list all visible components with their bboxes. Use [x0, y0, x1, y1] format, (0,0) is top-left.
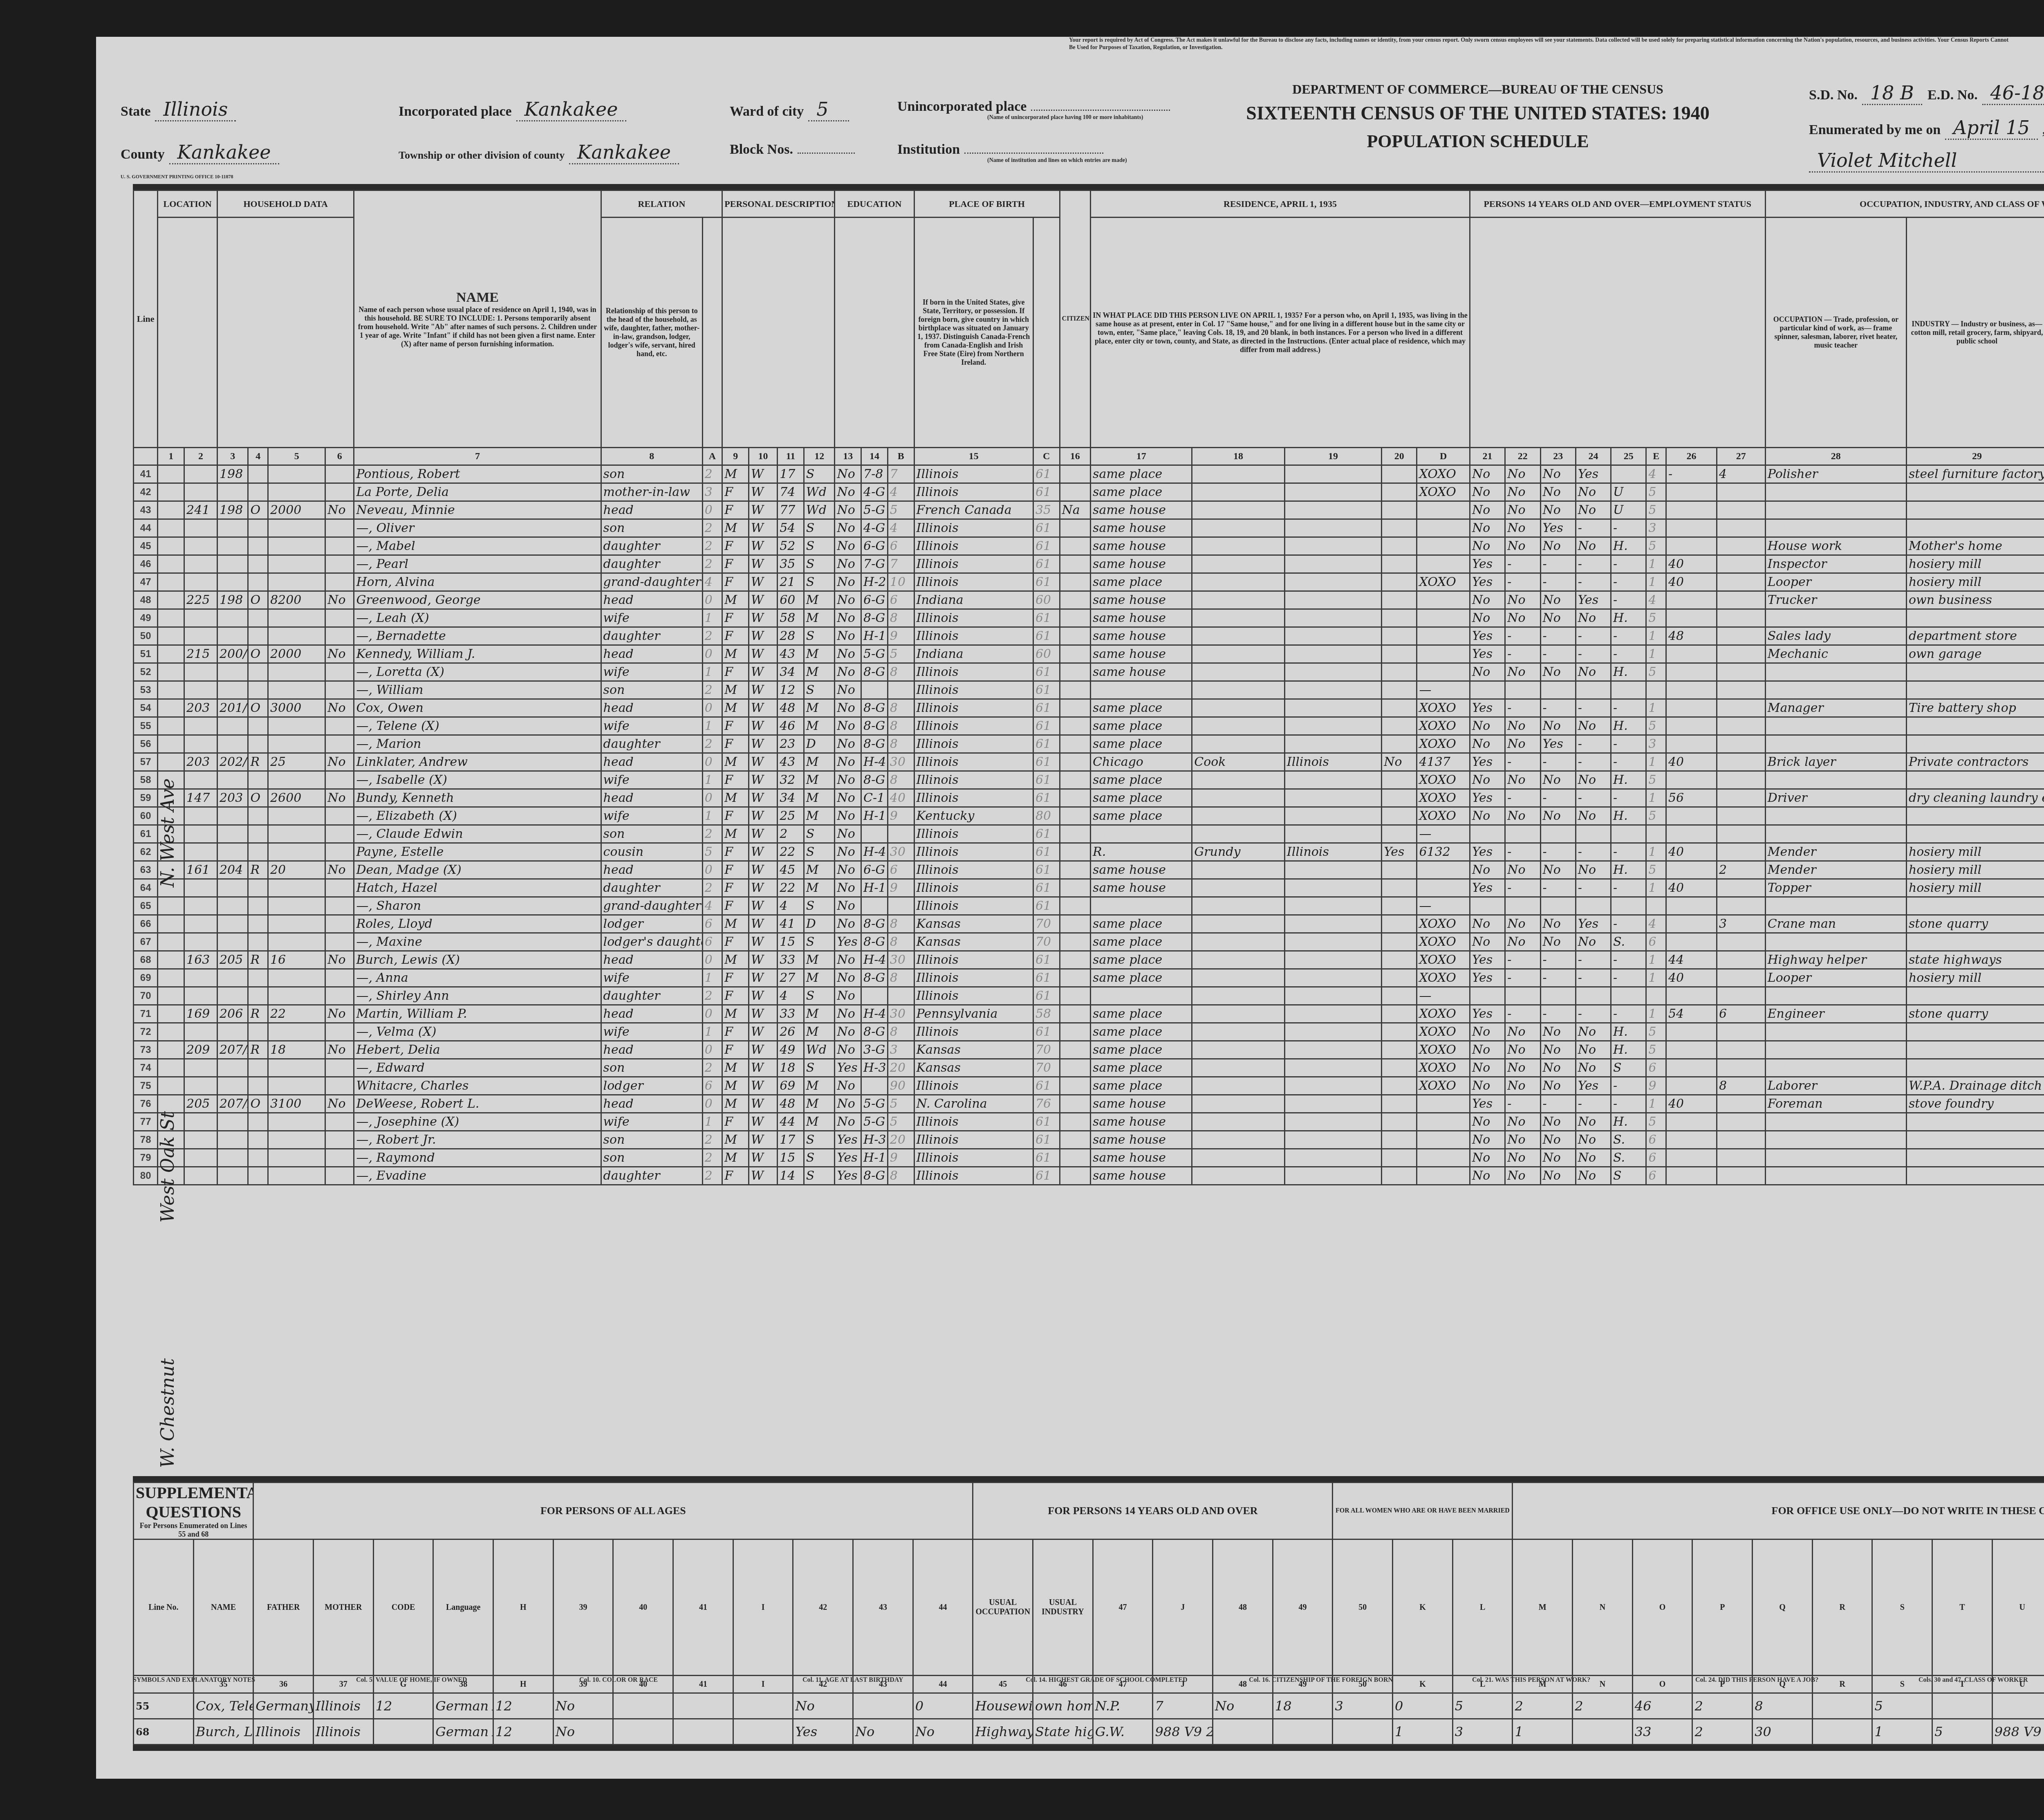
cell-res_state: Illinois	[1284, 753, 1381, 771]
cell-farm	[325, 609, 354, 627]
cell-c27	[1717, 627, 1766, 645]
cell-occupation: Foreman	[1765, 1095, 1906, 1113]
cell-race: W	[749, 789, 778, 807]
table-row: 50—, Bernadettedaughter2FW28SNoH-19Illin…	[134, 627, 2044, 645]
line-number: 79	[134, 1149, 158, 1167]
cell-school: No	[835, 591, 861, 609]
cell-res_city: same house	[1091, 555, 1192, 573]
cell-cit	[1060, 645, 1091, 663]
cell-res_city: same house	[1091, 519, 1192, 537]
cell-industry: hosiery mill	[1906, 573, 2044, 591]
cell-cit	[1060, 951, 1091, 969]
cell-d: XOXO	[1417, 1077, 1470, 1095]
cell-c22: -	[1505, 645, 1540, 663]
cell-e: 1	[1646, 699, 1666, 717]
cell-c21: No	[1470, 771, 1505, 789]
cell-b: 6	[888, 591, 914, 609]
cell-value	[268, 897, 325, 915]
cell-c26	[1666, 771, 1717, 789]
supp-col-header: J	[1153, 1539, 1213, 1676]
cell-res_state	[1284, 681, 1381, 699]
cell-name: —, Bernadette	[354, 627, 601, 645]
cell-occupation	[1765, 771, 1906, 789]
cell-farm	[325, 537, 354, 555]
cell-a: 0	[702, 699, 722, 717]
cell-birthplace: Illinois	[914, 717, 1033, 735]
table-row: 47Horn, Alvinagrand-daughter4FW21SNoH-21…	[134, 573, 2044, 591]
cell-a: 6	[702, 1077, 722, 1095]
cell-res_farm	[1382, 717, 1417, 735]
cell-own: R	[248, 1041, 268, 1059]
cell-school: No	[835, 969, 861, 987]
cell-marital: M	[804, 807, 835, 825]
cell-farm	[325, 807, 354, 825]
census-title: SIXTEENTH CENSUS OF THE UNITED STATES: 1…	[1233, 102, 1723, 124]
cell-birthplace: Illinois	[914, 1113, 1033, 1131]
cell-street	[158, 915, 184, 933]
supp-col-header: 43	[853, 1539, 913, 1676]
cell-farm	[325, 1059, 354, 1077]
cell-own	[248, 519, 268, 537]
cell-value	[268, 573, 325, 591]
cell-industry: Mother's home	[1906, 537, 2044, 555]
cell-street	[158, 537, 184, 555]
cell-c23: -	[1540, 573, 1576, 591]
cell-birthplace: Illinois	[914, 825, 1033, 843]
cell-c23: No	[1540, 609, 1576, 627]
cell-c22: -	[1505, 555, 1540, 573]
cell-res_city	[1091, 987, 1192, 1005]
cell-res_farm	[1382, 1131, 1417, 1149]
cell-a: 3	[702, 483, 722, 501]
cell-own	[248, 825, 268, 843]
cell-e: 4	[1646, 915, 1666, 933]
cell-c25: -	[1611, 627, 1646, 645]
cell-grade: H-1	[861, 879, 888, 897]
cell-relation: daughter	[601, 627, 702, 645]
cell-value: 22	[268, 1005, 325, 1023]
cell-c23: No	[1540, 1059, 1576, 1077]
cell-res_city	[1091, 681, 1192, 699]
cell-c25: S	[1611, 1167, 1646, 1185]
cell-race: W	[749, 1059, 778, 1077]
cell-c26: 40	[1666, 879, 1717, 897]
column-number: 17	[1091, 448, 1192, 465]
cell-marital: M	[804, 699, 835, 717]
cell-res_city: same place	[1091, 1023, 1192, 1041]
table-row: 63161204R20NoDean, Madge (X)head0FW45MNo…	[134, 861, 2044, 879]
cell-occupation: Laborer	[1765, 1077, 1906, 1095]
cell-res_state	[1284, 1059, 1381, 1077]
cell-res_city: same house	[1091, 645, 1192, 663]
cell-house	[184, 483, 217, 501]
cell-relation: grand-daughter	[601, 897, 702, 915]
cell-name: —, Marion	[354, 735, 601, 753]
cell-res_city: same place	[1091, 465, 1192, 483]
cell-res_county	[1192, 861, 1285, 879]
cell-race: W	[749, 1095, 778, 1113]
cell-res_city: same house	[1091, 1113, 1192, 1131]
cell-industry	[1906, 1131, 2044, 1149]
cell-occupation: Trucker	[1765, 591, 1906, 609]
cell-c26	[1666, 807, 1717, 825]
cell-c23: No	[1540, 465, 1576, 483]
cell-school: No	[835, 879, 861, 897]
cell-b: 8	[888, 1023, 914, 1041]
cell-birthplace: Illinois	[914, 969, 1033, 987]
line-number: 54	[134, 699, 158, 717]
cell-industry	[1906, 1167, 2044, 1185]
cell-c25	[1611, 987, 1646, 1005]
cell-marital: M	[804, 645, 835, 663]
street-label-chestnut: W. Chestnut	[157, 1358, 178, 1468]
cell-house	[184, 609, 217, 627]
cell-e: 6	[1646, 1167, 1666, 1185]
cell-age: 60	[778, 591, 804, 609]
column-number: E	[1646, 448, 1666, 465]
cell-occupation: Driver	[1765, 789, 1906, 807]
cell-cit	[1060, 771, 1091, 789]
cell-c26: 40	[1666, 843, 1717, 861]
cell-c23: No	[1540, 1113, 1576, 1131]
cell-res_city: same place	[1091, 1041, 1192, 1059]
cell-res_city	[1091, 897, 1192, 915]
cell-c24: No	[1576, 933, 1611, 951]
cell-sex: M	[722, 789, 749, 807]
cell-res_city: R.	[1091, 843, 1192, 861]
cell-c26: 40	[1666, 1095, 1717, 1113]
cell-value: 2000	[268, 501, 325, 519]
cell-industry: stove foundry	[1906, 1095, 2044, 1113]
cell-race: W	[749, 951, 778, 969]
cell-e: 9	[1646, 1077, 1666, 1095]
cell-school: No	[835, 699, 861, 717]
cell-res_state	[1284, 663, 1381, 681]
cell-industry	[1906, 933, 2044, 951]
cell-c23: No	[1540, 933, 1576, 951]
cell-res_county	[1192, 1077, 1285, 1095]
line-number: 46	[134, 555, 158, 573]
cell-c24: -	[1576, 735, 1611, 753]
cell-cit	[1060, 1167, 1091, 1185]
cell-res_state	[1284, 735, 1381, 753]
cell-res_city: same place	[1091, 969, 1192, 987]
cell-age: 45	[778, 861, 804, 879]
cell-c25: -	[1611, 573, 1646, 591]
cell-c26	[1666, 1059, 1717, 1077]
over14-header: FOR PERSONS 14 YEARS OLD AND OVER	[973, 1483, 1333, 1539]
cell-e: 1	[1646, 1005, 1666, 1023]
cell-name: —, Telene (X)	[354, 717, 601, 735]
cell-c: 61	[1033, 987, 1060, 1005]
cell-relation: head	[601, 1005, 702, 1023]
cell-a: 1	[702, 609, 722, 627]
cell-value: 8200	[268, 591, 325, 609]
cell-race: W	[749, 717, 778, 735]
cell-b: 8	[888, 915, 914, 933]
cell-relation: daughter	[601, 537, 702, 555]
cell-name: Hatch, Hazel	[354, 879, 601, 897]
cell-own: O	[248, 699, 268, 717]
household-group-header: HOUSEHOLD DATA	[217, 191, 354, 218]
cell-c27	[1717, 645, 1766, 663]
cell-grade: H-1	[861, 807, 888, 825]
cell-farm	[325, 879, 354, 897]
cell-c24: -	[1576, 1095, 1611, 1113]
cell-birthplace: Illinois	[914, 987, 1033, 1005]
cell-a: 2	[702, 825, 722, 843]
cell-c27	[1717, 843, 1766, 861]
cell-res_city: same place	[1091, 933, 1192, 951]
cell-occupation	[1765, 1149, 1906, 1167]
cell-c: 70	[1033, 1059, 1060, 1077]
cell-visit	[217, 1167, 248, 1185]
cell-farm	[325, 681, 354, 699]
cell-sex: M	[722, 1005, 749, 1023]
cell-c25: -	[1611, 1077, 1646, 1095]
cell-res_county	[1192, 1059, 1285, 1077]
cell-c22: No	[1505, 1149, 1540, 1167]
cell-house	[184, 1131, 217, 1149]
cell-res_city: same house	[1091, 879, 1192, 897]
cell-industry: own business	[1906, 591, 2044, 609]
cell-race: W	[749, 1041, 778, 1059]
cell-occupation: Manager	[1765, 699, 1906, 717]
cell-c24: -	[1576, 1005, 1611, 1023]
line-number: 71	[134, 1005, 158, 1023]
cell-name: —, Edward	[354, 1059, 601, 1077]
cell-c26	[1666, 519, 1717, 537]
supp-col-header: FATHER	[253, 1539, 314, 1676]
cell-age: 14	[778, 1167, 804, 1185]
table-row: 54203201/199O3000NoCox, Owenhead0MW48MNo…	[134, 699, 2044, 717]
cell-c25: -	[1611, 951, 1646, 969]
cell-school: No	[835, 519, 861, 537]
column-number: 10	[749, 448, 778, 465]
cell-sex: F	[722, 897, 749, 915]
cell-d: XOXO	[1417, 1041, 1470, 1059]
cell-industry	[1906, 1041, 2044, 1059]
cell-c23: No	[1540, 1077, 1576, 1095]
cell-sex: F	[722, 861, 749, 879]
cell-value	[268, 555, 325, 573]
cell-b: 30	[888, 1005, 914, 1023]
cell-res_county	[1192, 897, 1285, 915]
cell-c: 76	[1033, 1095, 1060, 1113]
cell-grade	[861, 681, 888, 699]
cell-res_county	[1192, 1041, 1285, 1059]
cell-sex: M	[722, 465, 749, 483]
cell-industry	[1906, 501, 2044, 519]
cell-c22: No	[1505, 1131, 1540, 1149]
cell-house	[184, 663, 217, 681]
cell-farm: No	[325, 1005, 354, 1023]
cell-c22: No	[1505, 663, 1540, 681]
cell-d: XOXO	[1417, 1005, 1470, 1023]
cell-cit	[1060, 1149, 1091, 1167]
cell-farm	[325, 519, 354, 537]
cell-visit: 206	[217, 1005, 248, 1023]
cell-c21: Yes	[1470, 879, 1505, 897]
cell-e: 1	[1646, 645, 1666, 663]
supp-col-header: M	[1513, 1539, 1573, 1676]
cell-race: W	[749, 807, 778, 825]
cell-c23: No	[1540, 1131, 1576, 1149]
cell-own	[248, 933, 268, 951]
cell-own: R	[248, 861, 268, 879]
table-row: 70—, Shirley Anndaughter2FW4SNoIllinois6…	[134, 987, 2044, 1005]
supp-col-header: 42	[793, 1539, 853, 1676]
cell-b: 8	[888, 699, 914, 717]
cell-occupation	[1765, 933, 1906, 951]
cell-street	[158, 987, 184, 1005]
line-number: 57	[134, 753, 158, 771]
line-number: 62	[134, 843, 158, 861]
sd-field: S.D. No. 18 B	[1809, 82, 1922, 105]
cell-industry	[1906, 483, 2044, 501]
cell-c26	[1666, 1113, 1717, 1131]
cell-value	[268, 1131, 325, 1149]
cell-c21: No	[1470, 501, 1505, 519]
cell-occupation: Brick layer	[1765, 753, 1906, 771]
cell-grade: 5-G	[861, 1113, 888, 1131]
cell-marital: M	[804, 717, 835, 735]
cell-sex: F	[722, 483, 749, 501]
cell-race: W	[749, 1005, 778, 1023]
cell-street	[158, 951, 184, 969]
cell-c24: No	[1576, 1059, 1611, 1077]
cell-c21: Yes	[1470, 753, 1505, 771]
cell-occupation	[1765, 1059, 1906, 1077]
cell-school: No	[835, 843, 861, 861]
cell-age: 12	[778, 681, 804, 699]
cell-res_county	[1192, 609, 1285, 627]
cell-visit	[217, 1149, 248, 1167]
cell-farm: No	[325, 1095, 354, 1113]
cell-c22: No	[1505, 1059, 1540, 1077]
cell-c24: -	[1576, 951, 1611, 969]
cell-res_farm	[1382, 771, 1417, 789]
cell-c23	[1540, 681, 1576, 699]
cell-cit	[1060, 807, 1091, 825]
cell-cit: Na	[1060, 501, 1091, 519]
cell-res_county	[1192, 681, 1285, 699]
cell-a: 0	[702, 591, 722, 609]
cell-school: No	[835, 807, 861, 825]
cell-e: 6	[1646, 1059, 1666, 1077]
cell-d	[1417, 1167, 1470, 1185]
cell-visit: 198	[217, 591, 248, 609]
cell-sex: F	[722, 987, 749, 1005]
cell-age: 41	[778, 915, 804, 933]
cell-visit: 202/199	[217, 753, 248, 771]
cell-c27	[1717, 1167, 1766, 1185]
cell-visit	[217, 555, 248, 573]
line-number: 73	[134, 1041, 158, 1059]
cell-visit	[217, 1131, 248, 1149]
cell-b: 9	[888, 627, 914, 645]
cell-cit	[1060, 1113, 1091, 1131]
cell-c25: H.	[1611, 1113, 1646, 1131]
cell-c24: No	[1576, 861, 1611, 879]
cell-res_state	[1284, 699, 1381, 717]
table-row: 61—, Claude Edwinson2MW2SNoIllinois61—61	[134, 825, 2044, 843]
cell-birthplace: Illinois	[914, 483, 1033, 501]
cell-res_state	[1284, 933, 1381, 951]
cell-c21: No	[1470, 717, 1505, 735]
cell-house: 147	[184, 789, 217, 807]
table-row: 76205207/208O3100NoDeWeese, Robert L.hea…	[134, 1095, 2044, 1113]
cell-c24: No	[1576, 1041, 1611, 1059]
cell-relation: daughter	[601, 987, 702, 1005]
cell-c: 61	[1033, 555, 1060, 573]
cell-own	[248, 1113, 268, 1131]
cell-c24: -	[1576, 843, 1611, 861]
cell-c21: Yes	[1470, 1095, 1505, 1113]
cell-d	[1417, 609, 1470, 627]
cell-res_county	[1192, 969, 1285, 987]
cell-res_city: Chicago	[1091, 753, 1192, 771]
cell-farm	[325, 825, 354, 843]
cell-race: W	[749, 1077, 778, 1095]
cell-c24: No	[1576, 807, 1611, 825]
location-group-header: LOCATION	[158, 191, 217, 218]
cell-relation: wife	[601, 807, 702, 825]
cell-visit	[217, 1077, 248, 1095]
cell-d	[1417, 1149, 1470, 1167]
column-number: 14	[861, 448, 888, 465]
cell-marital: Wd	[804, 1041, 835, 1059]
cell-age: 43	[778, 753, 804, 771]
cell-d	[1417, 501, 1470, 519]
cell-own: R	[248, 753, 268, 771]
cell-c: 60	[1033, 645, 1060, 663]
cell-race: W	[749, 1131, 778, 1149]
cell-school: No	[835, 951, 861, 969]
table-row: 78—, Robert Jr.son2MW17SYesH-320Illinois…	[134, 1131, 2044, 1149]
cell-res_county	[1192, 915, 1285, 933]
cell-house	[184, 969, 217, 987]
cell-c23: -	[1540, 789, 1576, 807]
cell-c25	[1611, 825, 1646, 843]
cell-farm	[325, 915, 354, 933]
cell-relation: head	[601, 951, 702, 969]
cell-value	[268, 1059, 325, 1077]
cell-grade: H-4	[861, 843, 888, 861]
cell-b: 8	[888, 1167, 914, 1185]
cell-c21	[1470, 987, 1505, 1005]
cell-relation: daughter	[601, 735, 702, 753]
cell-industry: hosiery mill	[1906, 969, 2044, 987]
cell-birthplace: Illinois	[914, 537, 1033, 555]
cell-res_state	[1284, 1005, 1381, 1023]
cell-c25: H.	[1611, 1041, 1646, 1059]
cell-occupation	[1765, 483, 1906, 501]
cell-d	[1417, 519, 1470, 537]
cell-c24: -	[1576, 645, 1611, 663]
table-row: 69—, Annawife1FW27MNo8-G8Illinois61same …	[134, 969, 2044, 987]
cell-c25: -	[1611, 519, 1646, 537]
cell-c23: No	[1540, 1041, 1576, 1059]
cell-d: XOXO	[1417, 717, 1470, 735]
cell-c27	[1717, 501, 1766, 519]
cell-relation: head	[601, 861, 702, 879]
cell-c23: Yes	[1540, 519, 1576, 537]
supp-col-header: MOTHER	[314, 1539, 374, 1676]
printing-office: U. S. GOVERNMENT PRINTING OFFICE 10-1187…	[121, 174, 233, 180]
cell-c27	[1717, 483, 1766, 501]
cell-c25: H.	[1611, 807, 1646, 825]
